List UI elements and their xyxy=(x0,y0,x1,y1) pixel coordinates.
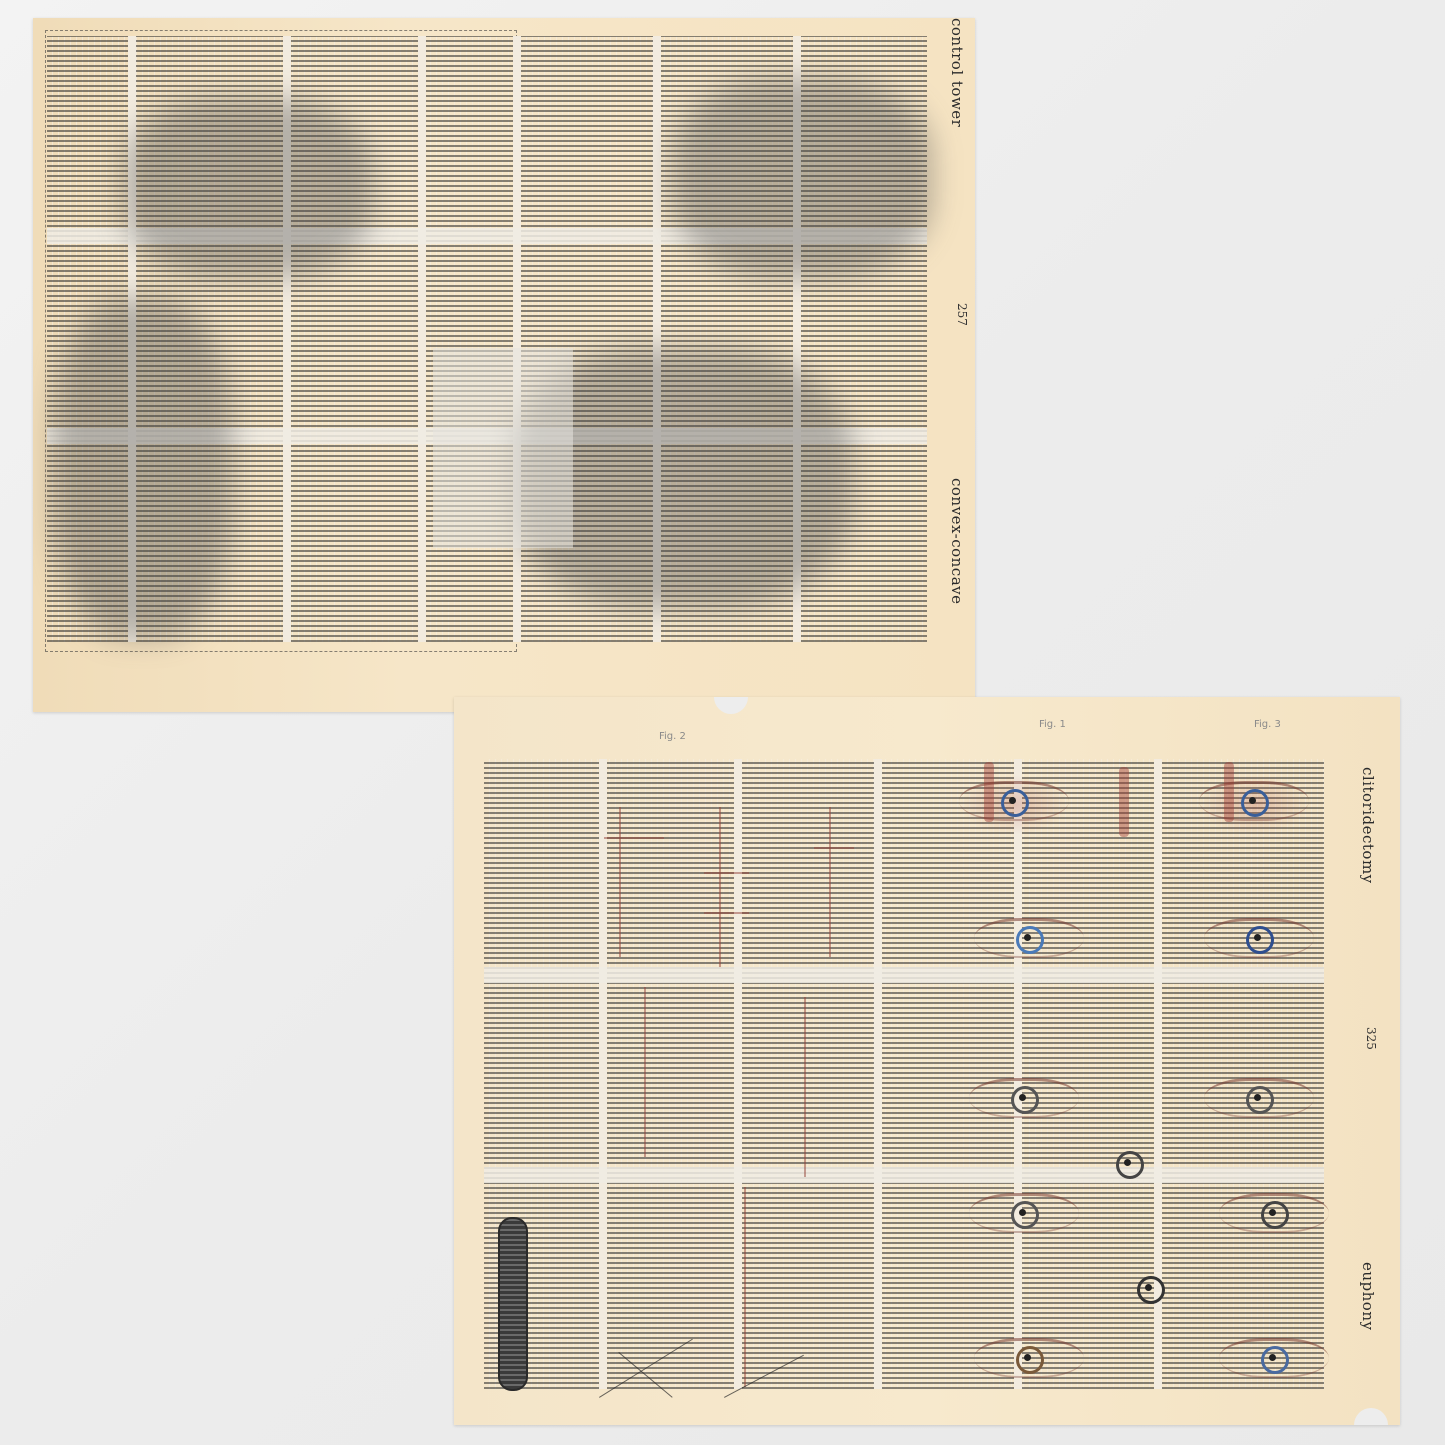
drawn-eye xyxy=(1219,1332,1329,1392)
page-number: 257 xyxy=(955,303,969,326)
column-gap xyxy=(599,759,607,1389)
red-ink-stroke xyxy=(704,872,749,874)
row-gap xyxy=(484,967,1324,983)
drawn-eye xyxy=(969,1187,1079,1247)
drawn-finger xyxy=(1119,767,1129,837)
drawn-eye-small xyxy=(1109,1262,1189,1322)
headword-bottom: convex-concave xyxy=(948,478,966,605)
column-gap xyxy=(418,36,426,642)
red-ink-hatching xyxy=(644,987,646,1157)
page-notch xyxy=(1354,1408,1388,1425)
headword-top: clitoridectomy xyxy=(1359,767,1377,884)
row-gap xyxy=(484,1167,1324,1183)
drawn-eye xyxy=(974,1332,1084,1392)
drawn-eye xyxy=(959,775,1069,835)
red-ink-stroke xyxy=(814,847,854,849)
drawn-eye xyxy=(1199,775,1309,835)
fig-label: Fig. 2 xyxy=(659,731,686,742)
red-ink-hatching xyxy=(744,1187,746,1387)
face-shadow-eye-left xyxy=(123,98,373,278)
face-shadow-eye-right xyxy=(673,78,933,278)
red-ink-hatching xyxy=(719,807,721,967)
dictionary-page-top: control tower 257 convex-concave xyxy=(33,18,975,712)
fig-label: Fig. 1 xyxy=(1039,719,1066,730)
page-number: 325 xyxy=(1364,1027,1378,1050)
face-shadow-cheek xyxy=(53,298,233,638)
column-gap xyxy=(874,759,882,1389)
dictionary-page-bottom: Fig. 2 Fig. 1 Fig. 3 clitoridectomy 325 … xyxy=(454,697,1400,1425)
drawn-eye xyxy=(974,912,1084,972)
headword-bottom: euphony xyxy=(1359,1262,1377,1330)
drawn-eye xyxy=(1204,1072,1314,1132)
drawn-eye xyxy=(1219,1187,1329,1247)
face-highlight xyxy=(433,348,573,548)
red-ink-hatching xyxy=(804,997,806,1177)
red-ink-hatching xyxy=(619,807,621,957)
drawn-eye-small xyxy=(1094,1137,1164,1197)
headword-top: control tower xyxy=(948,18,966,127)
red-ink-hatching xyxy=(829,807,831,957)
column-gap xyxy=(734,759,742,1389)
drawn-finger xyxy=(1224,762,1234,822)
drawn-finger xyxy=(984,762,994,822)
carved-object-drawing xyxy=(498,1217,528,1391)
drawn-eye xyxy=(969,1072,1079,1132)
dictionary-text-block xyxy=(484,759,1324,1389)
fig-label: Fig. 3 xyxy=(1254,719,1281,730)
drawn-eye xyxy=(1204,912,1314,972)
page-notch xyxy=(714,697,748,714)
red-ink-stroke xyxy=(704,912,749,914)
red-ink-stroke xyxy=(604,837,664,839)
column-gap xyxy=(513,36,521,642)
